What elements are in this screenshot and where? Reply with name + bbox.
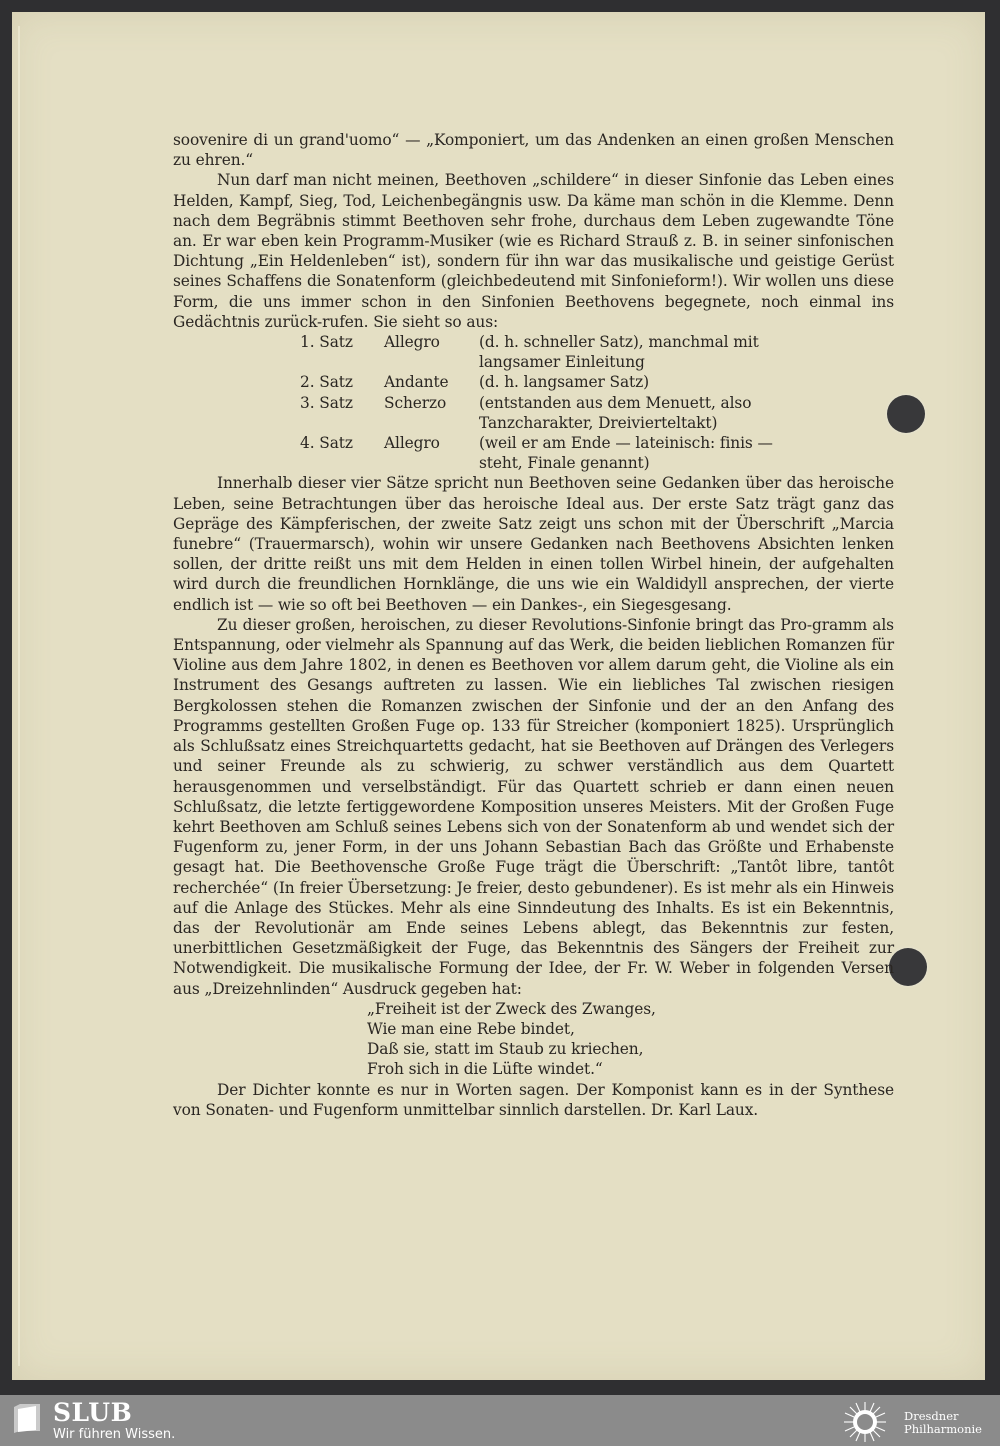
closing-text: Der Dichter konnte es nur in Worten sage… <box>173 1081 894 1119</box>
book-icon <box>14 1403 40 1433</box>
punch-hole <box>889 948 927 986</box>
movement-tempo: Allegro <box>384 433 479 473</box>
paragraph: Nun darf man nicht meinen, Beethoven „sc… <box>173 170 894 332</box>
movement-number: 1. Satz <box>300 332 384 372</box>
table-row: 2. Satz Andante (d. h. langsamer Satz) <box>300 372 799 392</box>
philharmonie-line2: Philharmonie <box>904 1423 982 1436</box>
movement-tempo: Allegro <box>384 332 479 372</box>
philharmonie-logo-text[interactable]: Dresdner Philharmonie <box>904 1410 982 1436</box>
movement-number: 2. Satz <box>300 372 384 392</box>
table-row: 3. Satz Scherzo (entstanden aus dem Menu… <box>300 393 799 433</box>
movement-description: (d. h. schneller Satz), manchmal mit lan… <box>479 332 799 372</box>
footer-bar: SLUB Wir führen Wissen. Dresdner Philhar… <box>0 1395 1000 1446</box>
philharmonie-sunburst-icon <box>842 1400 888 1444</box>
movement-tempo: Scherzo <box>384 393 479 433</box>
table-row: 4. Satz Allegro (weil er am Ende — latei… <box>300 433 799 473</box>
movement-description: (d. h. langsamer Satz) <box>479 372 799 392</box>
closing-paragraph: Der Dichter konnte es nur in Worten sage… <box>173 1080 894 1120</box>
movement-number: 3. Satz <box>300 393 384 433</box>
verse-line: Wie man eine Rebe bindet, <box>367 1019 894 1039</box>
author-signature: Dr. Karl Laux. <box>651 1101 758 1119</box>
paragraph: Zu dieser großen, heroischen, zu dieser … <box>173 615 894 999</box>
paragraph: soovenire di un grand'uomo“ — „Komponier… <box>173 130 894 170</box>
movement-description: (weil er am Ende — lateinisch: finis — s… <box>479 433 799 473</box>
movement-description: (entstanden aus dem Menuett, also Tanzch… <box>479 393 799 433</box>
table-row: 1. Satz Allegro (d. h. schneller Satz), … <box>300 332 799 372</box>
verse-quote: „Freiheit ist der Zweck des Zwanges, Wie… <box>367 999 894 1080</box>
verse-line: „Freiheit ist der Zweck des Zwanges, <box>367 999 894 1019</box>
movement-tempo: Andante <box>384 372 479 392</box>
slub-tagline: Wir führen Wissen. <box>53 1428 175 1442</box>
document-body: soovenire di un grand'uomo“ — „Komponier… <box>173 130 894 1120</box>
movements-table: 1. Satz Allegro (d. h. schneller Satz), … <box>300 332 799 473</box>
verse-line: Daß sie, statt im Staub zu kriechen, <box>367 1039 894 1059</box>
movement-number: 4. Satz <box>300 433 384 473</box>
verse-line: Froh sich in die Lüfte windet.“ <box>367 1059 894 1079</box>
slub-logo-text[interactable]: SLUB <box>53 1399 132 1427</box>
paragraph: Innerhalb dieser vier Sätze spricht nun … <box>173 473 894 614</box>
